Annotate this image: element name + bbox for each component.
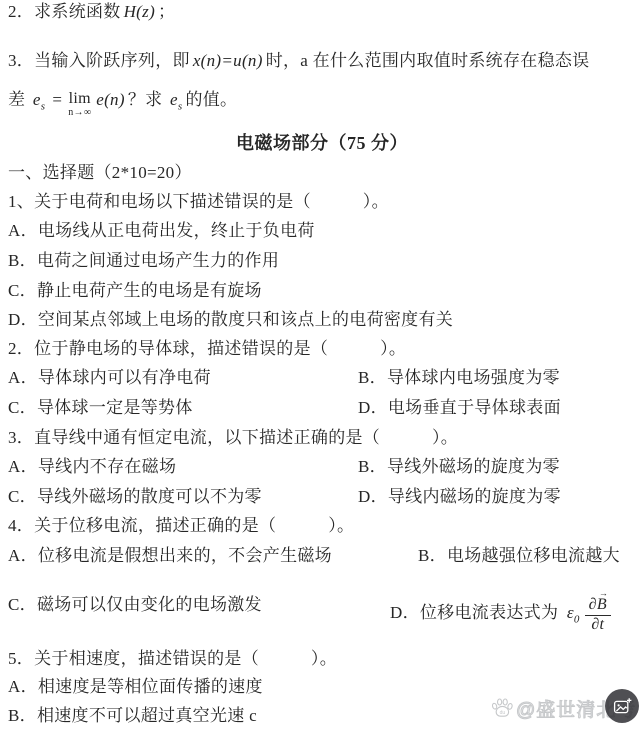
question-3-option-c: C．导线外磁场的散度可以不为零: [8, 487, 262, 506]
question-4-options-cd: C．磁场可以仅由变化的电场激发 D．位移电流表达式为 ε0∂→B∂t: [0, 578, 644, 630]
vector-B: →B: [597, 597, 607, 614]
vector-arrow-icon: →: [599, 589, 608, 598]
question-3-stem: 3．直导线中通有恒定电流，以下描述正确的是（ ）。: [8, 428, 458, 447]
formula-xn-un: x(n)=u(n): [193, 51, 263, 70]
option-d-text: D．位移电流表达式为: [390, 603, 558, 622]
question-4-options-ab: A．位移电流是假想出来的，不会产生磁场 B．电场越强位移电流越大: [0, 546, 644, 566]
baidu-paw-icon: du: [490, 696, 514, 720]
question-3-option-a: A．导线内不存在磁场: [8, 457, 176, 476]
question-2-option-b: B．导体球内电场强度为零: [358, 368, 560, 387]
question-1-option-a: A．电场线从正电荷出发，终止于负电荷: [8, 221, 315, 240]
item3-text: 3．当输入阶跃序列，即: [8, 51, 190, 70]
question-4-option-d: D．位移电流表达式为 ε0∂→B∂t: [390, 595, 611, 634]
question-1-option-b: B．电荷之间通过电场产生力的作用: [8, 251, 279, 270]
question-2-stem: 2．位于静电场的导体球，描述错误的是（ ）。: [8, 339, 406, 358]
equals-sign: =: [52, 90, 62, 109]
question-5-option-a: A．相速度是等相位面传播的速度: [8, 677, 263, 696]
question-2-option-a: A．导体球内可以有净电荷: [8, 368, 211, 387]
signals-item-2: 2．求系统函数H(z)；: [8, 2, 175, 21]
item3-tail: 时，a 在什么范围内取值时系统存在稳态误: [266, 51, 590, 70]
question-5-option-b: B．相速度不可以超过真空光速 c: [8, 706, 257, 725]
line2-tail: 的值。: [185, 90, 237, 109]
limit-operator: limn→∞: [68, 91, 91, 118]
question-2-options-cd: C．导体球一定是等势体 D．电场垂直于导体球表面: [0, 398, 644, 418]
line2-mid: ？求: [128, 90, 163, 109]
section-title: 电磁场部分（75 分）: [0, 132, 644, 154]
item2-tail: ；: [158, 2, 175, 21]
question-2-options-ab: A．导体球内可以有净电荷 B．导体球内电场强度为零: [0, 368, 644, 388]
formula-Hz: H(z): [124, 2, 155, 21]
image-edit-plus-icon: [613, 697, 632, 716]
question-4-option-b: B．电场越强位移电流越大: [418, 546, 620, 565]
formula-es: es: [33, 90, 45, 109]
question-3-option-d: D．导线内磁场的旋度为零: [358, 487, 561, 506]
question-2-option-d: D．电场垂直于导体球表面: [358, 398, 561, 417]
line2-pre: 差: [8, 90, 25, 109]
item2-text: 2．求系统函数: [8, 2, 121, 21]
exam-document-page: 2．求系统函数H(z)； 3．当输入阶跃序列，即x(n)=u(n)时，a 在什么…: [0, 0, 644, 729]
question-1-stem: 1、关于电荷和电场以下描述错误的是（ ）。: [8, 192, 389, 211]
signals-item-3-line1: 3．当输入阶跃序列，即x(n)=u(n)时，a 在什么范围内取值时系统存在稳态误: [8, 51, 589, 70]
dB-dt-fraction: ∂→B∂t: [585, 595, 611, 634]
formula-en: e(n): [96, 90, 125, 109]
question-4-stem: 4．关于位移电流，描述正确的是（ ）。: [8, 516, 354, 535]
question-4-option-a: A．位移电流是假想出来的，不会产生磁场: [8, 546, 332, 565]
question-3-option-b: B．导线外磁场的旋度为零: [358, 457, 560, 476]
svg-text:du: du: [500, 710, 506, 716]
signals-item-3-line2: 差 es=limn→∞e(n)？求 es的值。: [8, 90, 237, 118]
question-5-stem: 5．关于相速度，描述错误的是（ ）。: [8, 649, 337, 668]
image-edit-button[interactable]: [605, 689, 639, 723]
formula-es-2: es: [170, 90, 182, 109]
epsilon-zero: ε0: [567, 603, 580, 622]
question-4-option-c: C．磁场可以仅由变化的电场激发: [8, 595, 262, 614]
question-1-option-d: D．空间某点邻域上电场的散度只和该点上的电荷密度有关: [8, 310, 453, 329]
question-1-option-c: C．静止电荷产生的电场是有旋场: [8, 281, 262, 300]
question-2-option-c: C．导体球一定是等势体: [8, 398, 193, 417]
question-3-options-ab: A．导线内不存在磁场 B．导线外磁场的旋度为零: [0, 457, 644, 477]
question-3-options-cd: C．导线外磁场的散度可以不为零 D．导线内磁场的旋度为零: [0, 487, 644, 507]
subsection-heading: 一、选择题（2*10=20）: [8, 163, 192, 182]
